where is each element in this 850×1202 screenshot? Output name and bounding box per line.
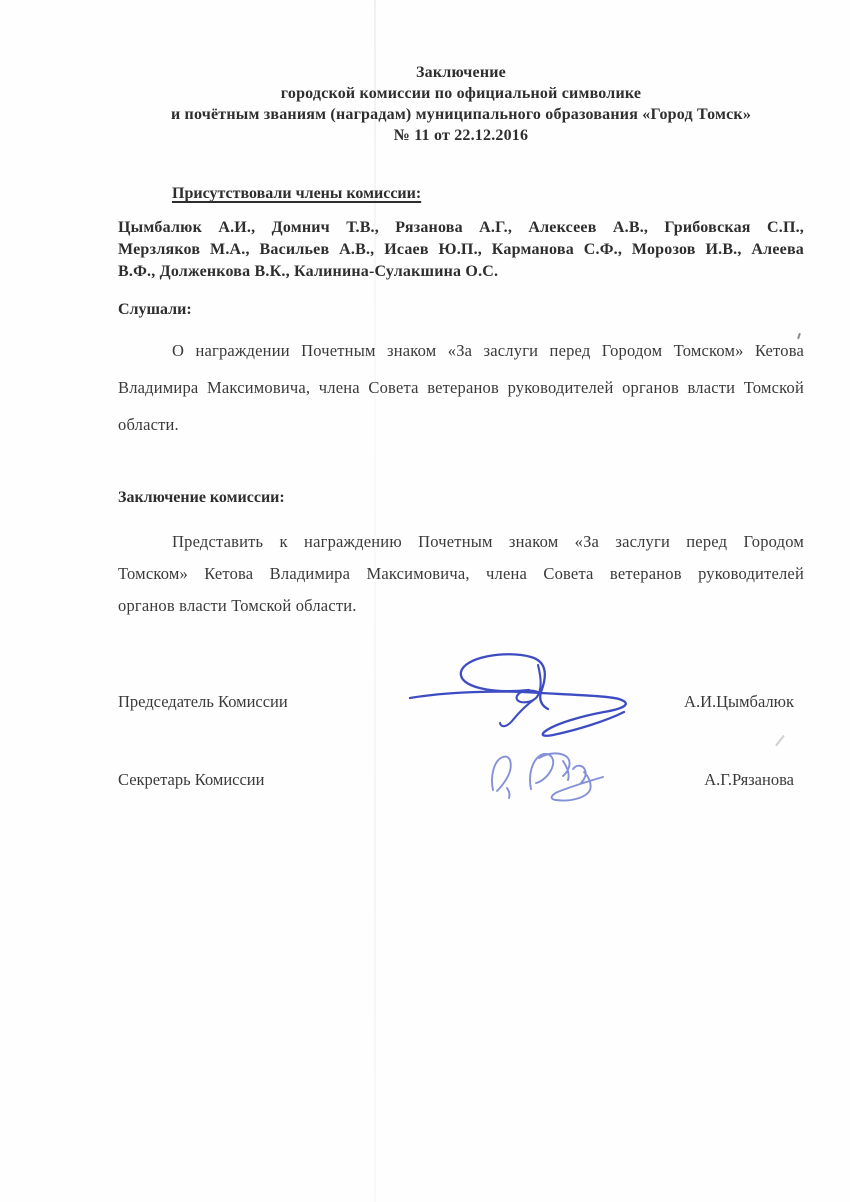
secretary-signature-stroke [530, 753, 603, 800]
heard-paragraph: О награждении Почетным знаком «За заслуг… [118, 332, 804, 443]
attendees-line: Мерзляков М.А., Васильев А.В., Исаев Ю.П… [118, 239, 804, 261]
conclusion-paragraph: Представить к награждению Почетным знако… [118, 526, 804, 622]
secretary-name: А.Г.Рязанова [704, 769, 794, 791]
chairman-name: А.И.Цымбалюк [684, 691, 794, 713]
conclusion-line: Представить к награждению Почетным знако… [118, 526, 804, 558]
heard-line: Владимира Максимовича, члена Совета вете… [118, 369, 804, 406]
secretary-signature-icon [483, 744, 613, 809]
signature-row-secretary: Секретарь Комиссии А.Г.Рязанова [118, 769, 804, 791]
attendees-heading: Присутствовали члены комиссии: [118, 183, 804, 205]
attendees-line: Цымбалюк А.И., Домнич Т.В., Рязанова А.Г… [118, 217, 804, 239]
document-title: Заключение городской комиссии по официал… [118, 62, 804, 146]
secretary-role-label: Секретарь Комиссии [118, 769, 264, 791]
title-line-2: городской комиссии по официальной символ… [118, 83, 804, 104]
attendees-list: Цымбалюк А.И., Домнич Т.В., Рязанова А.Г… [118, 217, 804, 283]
document-content: Заключение городской комиссии по официал… [118, 0, 804, 791]
secretary-signature-stroke [492, 757, 511, 798]
title-line-3: и почётным званиям (наградам) муниципаль… [118, 104, 804, 125]
scanned-document-page: Заключение городской комиссии по официал… [0, 0, 850, 1202]
title-line-1: Заключение [118, 62, 804, 83]
conclusion-label: Заключение комиссии: [118, 487, 804, 509]
title-line-4: № 11 от 22.12.2016 [118, 125, 804, 146]
chairman-signature-stroke [410, 692, 626, 736]
chairman-signature-icon [400, 641, 650, 751]
signature-row-chairman: Председатель Комиссии А.И.Цымбалюк [118, 691, 804, 713]
conclusion-line: Томском» Кетова Владимира Максимовича, ч… [118, 558, 804, 590]
attendees-heading-text: Присутствовали члены комиссии: [172, 185, 421, 202]
conclusion-line: органов власти Томской области. [118, 590, 804, 622]
heard-line: О награждении Почетным знаком «За заслуг… [118, 332, 804, 369]
chairman-signature-stroke [500, 665, 541, 726]
heard-label: Слушали: [118, 299, 804, 321]
chairman-role-label: Председатель Комиссии [118, 691, 288, 713]
attendees-line: В.Ф., Долженкова В.К., Калинина-Сулакшин… [118, 261, 804, 283]
heard-line: области. [118, 406, 804, 443]
chairman-signature-stroke [461, 654, 548, 709]
